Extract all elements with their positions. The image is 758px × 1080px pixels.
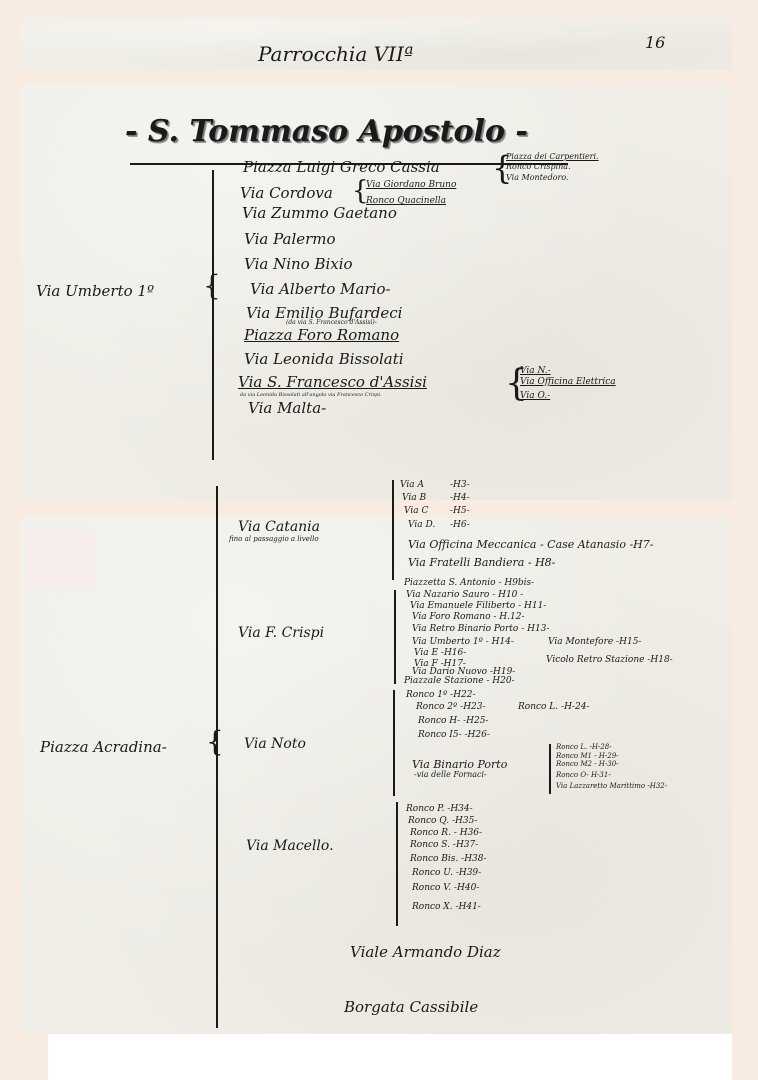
parish-name: - S. Tommaso Apostolo - bbox=[125, 114, 528, 149]
street-9-child-0: Via N.- bbox=[520, 366, 551, 376]
street-0-child-0: Piazza dei Carpentieri. bbox=[506, 152, 599, 161]
brace-noto-subgroup bbox=[549, 744, 551, 794]
street-9-note: da via Leonida Bissolati all'angolo via … bbox=[240, 392, 382, 398]
street-9-child-1: Via Officina Elettrica bbox=[520, 377, 616, 387]
street-2: Via Zummo Gaetano bbox=[242, 204, 397, 222]
crispi-item-1: Via Nazario Sauro - H10 - bbox=[406, 590, 523, 600]
crispi-item-5: Via Umberto 1º - H14- bbox=[412, 637, 514, 647]
macello-item-7: Ronco X. -H41- bbox=[412, 902, 481, 912]
crispi-item-4: Via Retro Binario Porto - H13- bbox=[412, 624, 549, 634]
street-4: Via Nino Bixio bbox=[244, 255, 353, 273]
macello-item-0: Ronco P. -H34- bbox=[406, 804, 473, 814]
catania-item-0: Via A-H3- bbox=[400, 480, 424, 490]
blank-bottom-area bbox=[48, 1034, 732, 1080]
noto-sub-item-2: Ronco M2 - H-30- bbox=[556, 760, 619, 768]
group-catania-label: Via Catania bbox=[238, 519, 320, 535]
catania-item-3: Via D.-H6- bbox=[408, 520, 435, 530]
noto-item-1: Ronco 2º -H23- bbox=[416, 702, 486, 712]
street-9: Via S. Francesco d'Assisi bbox=[238, 373, 427, 391]
street-6-note: (da via S. Francesco d'Assisi)- bbox=[286, 319, 377, 326]
street-0: Piazza Luigi Greco Cassia bbox=[243, 158, 440, 176]
paper-left-patch bbox=[24, 532, 96, 586]
group-crispi-label: Via F. Crispi bbox=[238, 625, 324, 641]
catania-item-5: Via Fratelli Bandiera - H8- bbox=[408, 556, 555, 569]
street-0-child-1: Ronco Crispina. bbox=[506, 162, 571, 171]
crispi-item-3: Via Foro Romano - H.12- bbox=[412, 612, 525, 622]
street-1-child-0: Via Giordano Bruno bbox=[366, 180, 456, 190]
macello-item-3: Ronco S. -H37- bbox=[410, 840, 478, 850]
street-10: Via Malta- bbox=[248, 399, 326, 417]
macello-item-2: Ronco R. - H36- bbox=[410, 828, 482, 838]
noto-item-2: Ronco H- -H25- bbox=[418, 716, 488, 726]
brace-noto bbox=[393, 690, 395, 796]
brace-catania bbox=[392, 480, 394, 580]
macello-item-5: Ronco U. -H39- bbox=[412, 868, 481, 878]
noto-sub-item-0: Ronco L. -H-28- bbox=[556, 743, 612, 751]
section2-main-street: Piazza Acradina- bbox=[40, 738, 167, 756]
macello-item-4: Ronco Bis. -H38- bbox=[410, 854, 487, 864]
crispi-side-item-1: Vicolo Retro Stazione -H18- bbox=[546, 655, 673, 665]
noto-subgroup-note: -via delle Fornaci- bbox=[414, 770, 487, 779]
noto-sub-item-3: Ronco O- H-31- bbox=[556, 771, 611, 779]
noto-item-0: Ronco 1º -H22- bbox=[406, 690, 476, 700]
street-5: Via Alberto Mario- bbox=[250, 280, 391, 298]
catania-item-1: Via B-H4- bbox=[402, 493, 426, 503]
footer-street-1: Borgata Cassibile bbox=[344, 998, 478, 1016]
section1-main-street: Via Umberto 1º bbox=[36, 282, 154, 300]
crispi-side-item-0: Via Montefore -H15- bbox=[548, 637, 641, 647]
street-8: Via Leonida Bissolati bbox=[244, 350, 404, 368]
street-7: Piazza Foro Romano bbox=[244, 326, 399, 344]
noto-sub-item-1: Ronco M1 - H-29- bbox=[556, 752, 619, 760]
brace-crispi bbox=[394, 590, 396, 684]
group-noto-label: Via Noto bbox=[244, 736, 306, 752]
street-9-child-2: Via O.- bbox=[520, 391, 550, 401]
street-1: Via Cordova bbox=[240, 184, 333, 202]
section2-brace: { bbox=[206, 728, 224, 756]
section1-brace: { bbox=[203, 272, 221, 300]
catania-item-4: Via Officina Meccanica - Case Atanasio -… bbox=[408, 538, 653, 551]
page-number: 16 bbox=[645, 33, 665, 52]
section1-vertical-rule bbox=[212, 170, 214, 460]
brace-macello bbox=[396, 802, 398, 926]
street-3: Via Palermo bbox=[244, 230, 336, 248]
crispi-item-0: Piazzetta S. Antonio - H9bis- bbox=[404, 578, 534, 588]
crispi-item-2: Via Emanuele Filiberto - H11- bbox=[410, 601, 546, 611]
crispi-item-6: Via E -H16- bbox=[414, 648, 466, 658]
noto-sub-item-4: Via Lazzaretto Marittimo -H32- bbox=[556, 782, 667, 790]
street-0-child-2: Via Montedoro. bbox=[506, 173, 569, 182]
noto-item-3: Ronco I5- -H26- bbox=[418, 730, 490, 740]
noto-side-item-0: Ronco L. -H-24- bbox=[518, 702, 589, 712]
group-macello-label: Via Macello. bbox=[246, 838, 334, 854]
paper-lower-right-gap bbox=[20, 500, 310, 516]
group-catania-note: fino al passaggio a livello bbox=[229, 535, 319, 543]
footer-street-0: Viale Armando Diaz bbox=[350, 943, 501, 961]
crispi-item-9: Piazzale Stazione - H20- bbox=[404, 676, 515, 686]
parish-label: Parrocchia VIIª bbox=[258, 42, 413, 66]
catania-item-2: Via C-H5- bbox=[404, 506, 428, 516]
macello-item-6: Ronco V. -H40- bbox=[412, 883, 479, 893]
macello-item-1: Ronco Q. -H35- bbox=[408, 816, 477, 826]
